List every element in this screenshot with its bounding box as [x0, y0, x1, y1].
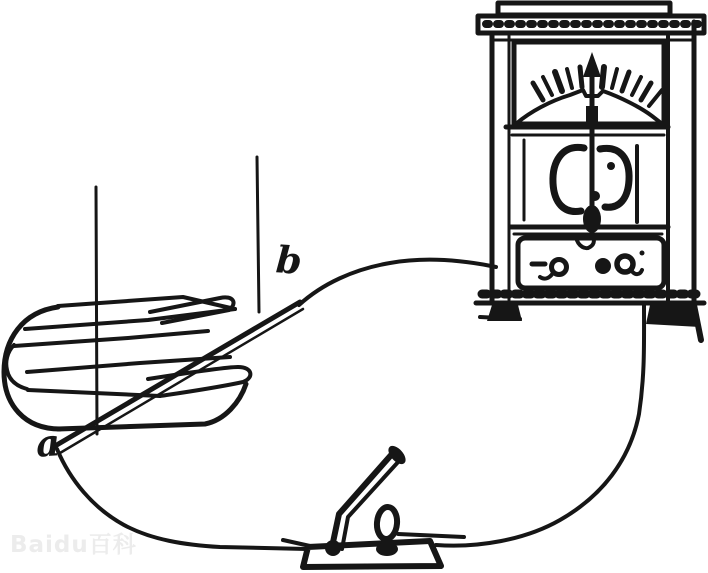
galvanometer-cap [498, 3, 670, 15]
galvanometer [476, 3, 704, 340]
switch-clip-mount [376, 542, 398, 556]
base-bottom-mark [480, 317, 520, 319]
magnet-top-limb-front-edge [25, 309, 235, 329]
movement-coil-left [553, 147, 584, 211]
magnet-top-limb-bottom-edge [14, 331, 208, 346]
wire-switch-to-galvanometer [436, 304, 644, 546]
suspension-wire-right [257, 157, 259, 312]
baidu-watermark: Baidu百科 [10, 526, 137, 559]
needle-hub [586, 106, 598, 122]
switch-contact-loop [376, 506, 399, 540]
rod-label-a: a [35, 424, 62, 463]
base-rear-leg [694, 305, 701, 340]
wire-b-to-galvanometer [299, 260, 496, 305]
movement-pivot-dot [607, 162, 615, 170]
magnet-inner-curve [6, 345, 27, 389]
knife-switch [283, 443, 464, 567]
switch-base [303, 541, 441, 567]
galvanometer-movement [524, 140, 637, 233]
terminal-right-knob [595, 258, 611, 274]
physics-diagram-electromagnetic-induction: a b Baidu百科 [0, 0, 708, 573]
terminal-right-dot [640, 251, 645, 256]
galvanometer-base [476, 294, 704, 340]
diagram-line-art [0, 0, 708, 573]
switch-right-lead [398, 534, 464, 537]
movement-core-dot [590, 191, 600, 201]
movement-coil-right [600, 148, 629, 207]
suspension-wire-left [96, 187, 97, 434]
rod-label-b: b [275, 241, 303, 280]
galvanometer-terminal-panel [518, 236, 664, 288]
